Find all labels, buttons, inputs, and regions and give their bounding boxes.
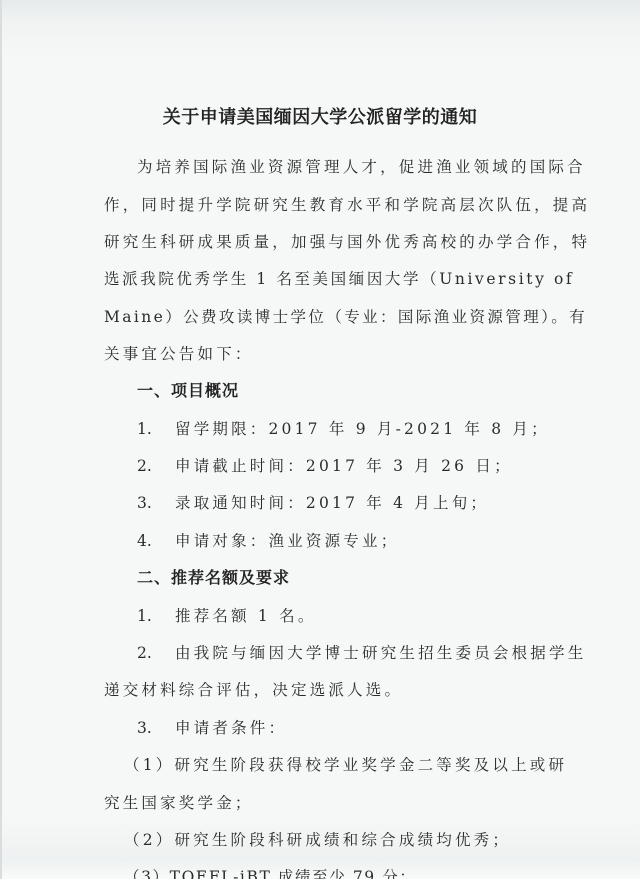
intro-line-4: 选派我院优秀学生 1 名至美国缅因大学（University of [104, 269, 574, 289]
list-item: 3.申请者条件： [137, 718, 287, 738]
list-item: 1.推荐名额 1 名。 [137, 606, 317, 626]
condition-item: （2）研究生阶段科研成绩和综合成绩均优秀； [124, 830, 511, 850]
item-text: 申请对象：渔业资源专业； [175, 532, 399, 550]
scanned-document-page: 关于申请美国缅因大学公派留学的通知 为培养国际渔业资源管理人才，促进渔业领域的国… [0, 0, 640, 879]
intro-line-6: 关事宜公告如下： [104, 344, 254, 364]
item-number: 3. [137, 718, 175, 738]
item-text: 录取通知时间：2017 年 4 月上旬； [175, 494, 489, 512]
item-text: 由我院与缅因大学博士研究生招生委员会根据学生 [175, 644, 586, 662]
item-text: 留学期限：2017 年 9 月-2021 年 8 月； [175, 420, 550, 438]
intro-line-1: 为培养国际渔业资源管理人才，促进渔业领域的国际合 [137, 157, 586, 177]
item-number: 2. [137, 456, 175, 476]
page-edge [0, 0, 2, 879]
intro-line-2: 作，同时提升学院研究生教育水平和学院高层次队伍，提高 [104, 195, 590, 215]
item-number: 1. [137, 419, 175, 439]
section-heading-overview: 一、项目概况 [137, 381, 239, 401]
list-item: 2.申请截止时间：2017 年 3 月 26 日； [137, 456, 513, 476]
item-text: 推荐名额 1 名。 [175, 607, 317, 625]
item-number: 4. [137, 531, 175, 551]
item-number: 3. [137, 493, 175, 513]
section-heading-quota: 二、推荐名额及要求 [137, 568, 290, 588]
item-text: 申请截止时间：2017 年 3 月 26 日； [175, 457, 513, 475]
item-number: 1. [137, 606, 175, 626]
condition-continuation: 究生国家奖学金； [104, 793, 254, 813]
list-item-continuation: 递交材料综合评估，决定选派人选。 [104, 680, 403, 700]
list-item: 4.申请对象：渔业资源专业； [137, 531, 399, 551]
list-item: 1.留学期限：2017 年 9 月-2021 年 8 月； [137, 419, 550, 439]
intro-line-3: 研究生科研成果质量，加强与国外优秀高校的办学合作，特 [104, 232, 590, 252]
list-item: 3.录取通知时间：2017 年 4 月上旬； [137, 493, 489, 513]
condition-item: （3）TOEFL-iBT 成绩至少 79 分； [124, 867, 417, 879]
condition-item: （1）研究生阶段获得校学业奖学金二等奖及以上或研 [124, 755, 567, 775]
item-number: 2. [137, 643, 175, 663]
item-text: 申请者条件： [175, 719, 287, 737]
document-title: 关于申请美国缅因大学公派留学的通知 [0, 103, 640, 129]
intro-line-5: Maine）公费攻读博士学位（专业：国际渔业资源管理）。有 [104, 307, 587, 327]
list-item: 2.由我院与缅因大学博士研究生招生委员会根据学生 [137, 643, 586, 663]
